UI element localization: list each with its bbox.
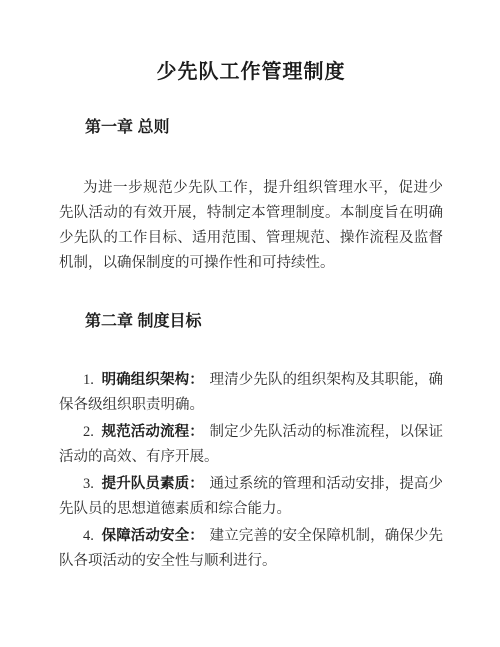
chapter-1-heading: 第一章 总则 [59, 119, 443, 137]
item-label: 保障活动安全： [102, 528, 204, 544]
document-page: 少先队工作管理制度 第一章 总则 为进一步规范少先队工作，提升组织管理水平，促进… [0, 0, 500, 647]
list-item: 1. 明确组织架构： 理清少先队的组织架构及其职能，确保各级组织职责明确。 [59, 368, 443, 418]
item-number: 3. [83, 476, 94, 492]
list-item: 3. 提升队员素质： 通过系统的管理和活动安排，提高少先队员的思想道德素质和综合… [59, 472, 443, 522]
document-title: 少先队工作管理制度 [59, 61, 443, 83]
chapter-2-item-list: 1. 明确组织架构： 理清少先队的组织架构及其职能，确保各级组织职责明确。 2.… [59, 368, 443, 574]
item-number: 1. [83, 372, 94, 388]
chapter-2-heading: 第二章 制度目标 [59, 313, 443, 331]
item-number: 4. [83, 528, 94, 544]
list-item: 2. 规范活动流程： 制定少先队活动的标准流程，以保证活动的高效、有序开展。 [59, 420, 443, 470]
item-label: 明确组织架构： [102, 372, 204, 388]
list-item: 4. 保障活动安全： 建立完善的安全保障机制，确保少先队各项活动的安全性与顺利进… [59, 524, 443, 574]
item-number: 2. [83, 424, 94, 440]
item-label: 提升队员素质： [102, 476, 204, 492]
item-label: 规范活动流程： [102, 424, 204, 440]
chapter-1-paragraph: 为进一步规范少先队工作，提升组织管理水平，促进少先队活动的有效开展，特制定本管理… [59, 176, 443, 276]
